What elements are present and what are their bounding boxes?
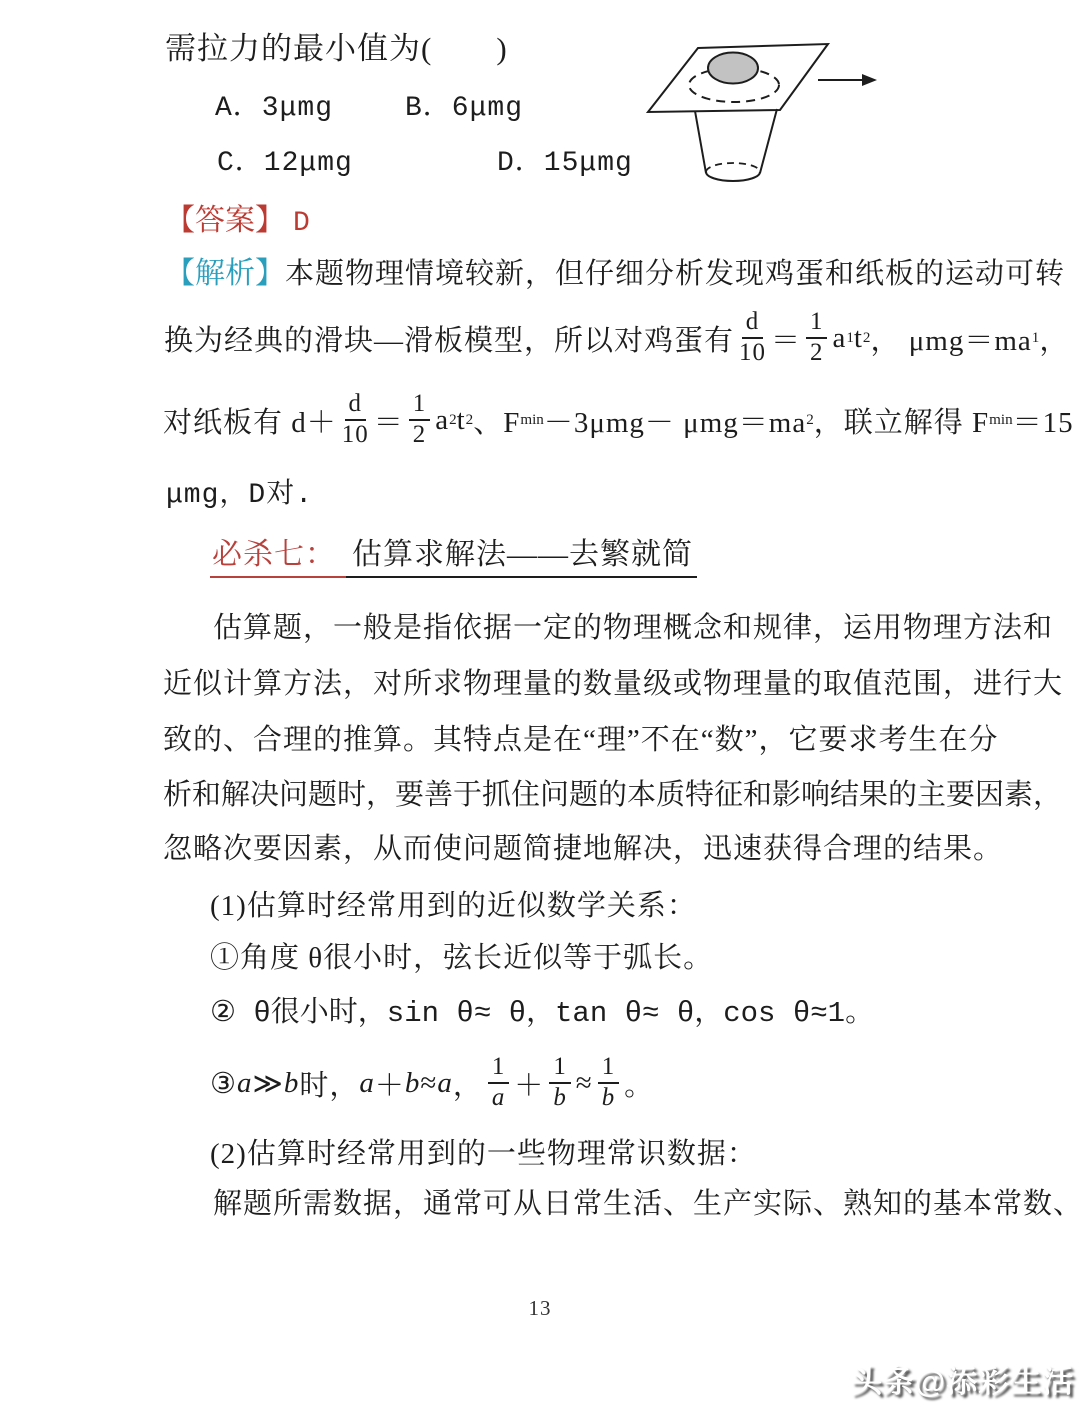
page-number: 13 bbox=[0, 1296, 1080, 1321]
cup-bottom-front bbox=[706, 172, 760, 181]
analysis-tail: μmg，D对. bbox=[166, 478, 313, 513]
section-title: 估算求解法——去繁就简 bbox=[346, 538, 697, 578]
para-line-2: 近似计算方法，对所求物理量的数量级或物理量的取值范围，进行大 bbox=[163, 666, 1063, 702]
question-stem: 需拉力的最小值为( ) bbox=[165, 30, 508, 69]
bullet-2: ② θ很小时，sin θ≈ θ，tan θ≈ θ，cos θ≈1。 bbox=[210, 996, 874, 1032]
option-d: D．15μmg bbox=[497, 139, 633, 179]
options-row-2: C．12μmg D．15μmg bbox=[0, 139, 1080, 179]
egg bbox=[708, 53, 758, 84]
para-line-4: 析和解决问题时，要善于抓住问题的本质特征和影响结果的主要因素， bbox=[163, 777, 1062, 813]
pull-arrow-head bbox=[862, 74, 877, 86]
data-note: 解题所需数据，通常可从日常生活、生产实际、熟知的基本常数、 bbox=[213, 1186, 1080, 1222]
option-a: A．3μmg bbox=[215, 84, 333, 124]
option-c: C．12μmg bbox=[217, 139, 353, 179]
analysis-formula-2: 对纸板有 d＋d10＝12a2t2、Fmin－3μmg－ μmg＝ma2，联立解… bbox=[163, 377, 1074, 463]
section-badge: 必杀七： bbox=[210, 538, 346, 578]
watermark: 头条@添彩生活 bbox=[851, 1356, 1074, 1401]
option-b: B．6μmg bbox=[405, 84, 523, 124]
answer-label: 【答案】 bbox=[165, 204, 285, 237]
answer-line: 【答案】D bbox=[165, 202, 311, 241]
egg-cup-diagram bbox=[640, 22, 885, 194]
analysis-label: 【解析】 bbox=[165, 257, 285, 290]
para-line-5: 忽略次要因素，从而使问题简捷地解决，迅速获得合理的结果。 bbox=[163, 831, 1003, 867]
para-line-3: 致的、合理的推算。其特点是在“理”不在“数”，它要求考生在分 bbox=[163, 722, 999, 758]
para-line-1: 估算题，一般是指依据一定的物理概念和规律，运用物理方法和 bbox=[213, 610, 1053, 646]
answer-value: D bbox=[293, 208, 311, 239]
document-page: 需拉力的最小值为( ) A．3μmg B．6μmg C．12μmg D．15μm… bbox=[0, 0, 1080, 1415]
list-item-2: (2)估算时经常用到的一些物理常识数据： bbox=[210, 1136, 757, 1172]
cup-right-side bbox=[760, 109, 777, 173]
section-header: 必杀七：估算求解法——去繁就简 bbox=[210, 536, 697, 574]
bullet-1: ①角度 θ很小时，弦长近似等于弧长。 bbox=[210, 940, 713, 976]
analysis-formula-1: 换为经典的滑块—滑板模型，所以对鸡蛋有d10＝12a1t2， μmg＝ma1， bbox=[164, 295, 1069, 381]
figure-egg-cup bbox=[640, 22, 885, 194]
list-item-1: (1)估算时经常用到的近似数学关系： bbox=[210, 888, 697, 924]
options-row-1: A．3μmg B．6μmg bbox=[0, 84, 1080, 124]
cup-left-side bbox=[695, 111, 706, 173]
analysis-text: 本题物理情境较新，但仔细分析发现鸡蛋和纸板的运动可转 bbox=[285, 258, 1065, 290]
analysis-line-1: 【解析】本题物理情境较新，但仔细分析发现鸡蛋和纸板的运动可转 bbox=[165, 255, 1065, 293]
cup-bottom-back bbox=[706, 163, 760, 172]
bullet-3: ③a≫b时， a＋b≈a，1a＋1b≈1b。 bbox=[210, 1043, 654, 1123]
